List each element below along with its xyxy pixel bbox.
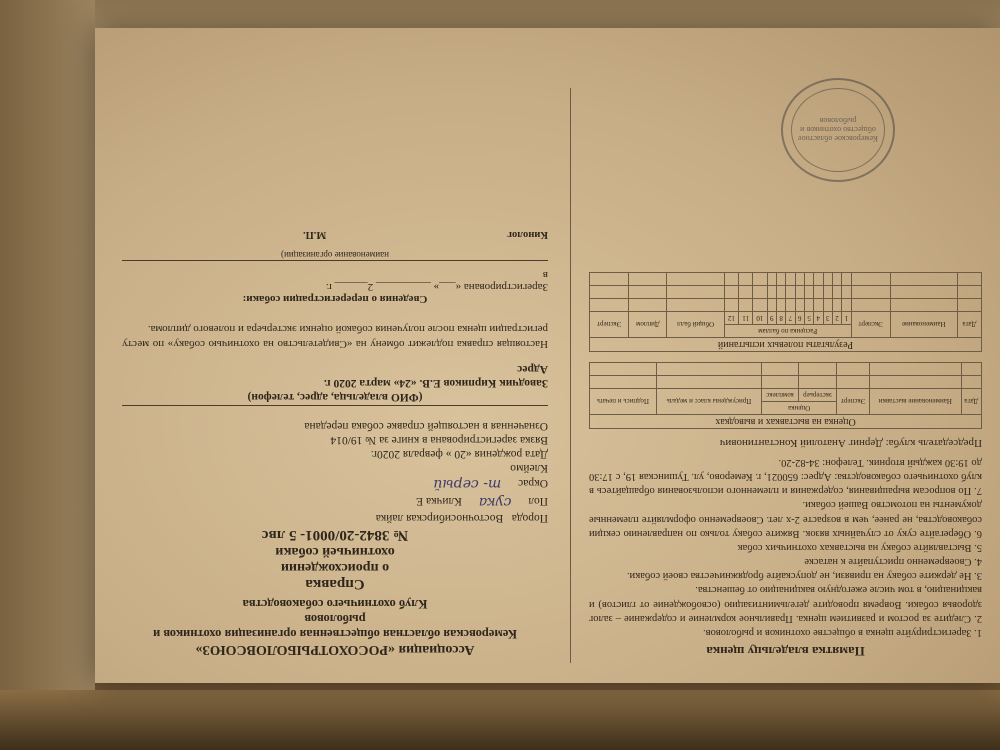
memo-item: 7. По вопросам выращивания, содержания и… <box>589 455 982 498</box>
brand-field: Клеймо <box>122 462 548 474</box>
exchange-notice: Настоящая справка подлежит обмену на «Св… <box>122 321 548 351</box>
col-header: Диплом <box>629 311 667 337</box>
score-col-header: 9 <box>767 311 776 324</box>
col-header: Наименование <box>890 311 957 337</box>
round-stamp: Кемеровское областное общество охотников… <box>781 78 895 182</box>
club-chair: Председатель клуба: Дерниг Анатолий Конс… <box>589 437 982 449</box>
score-col-header: 4 <box>814 311 823 324</box>
seal-label: М.П. <box>303 229 326 240</box>
breed-value: Восточносибирская лайка <box>376 512 503 524</box>
club-name: Клуб охотничьего собаководства <box>122 596 548 611</box>
certificate-number: № 3842-20/0001- 5 лвс <box>122 526 548 543</box>
sub-header: комплекс <box>762 388 799 401</box>
col-header: Общий балл <box>667 311 724 337</box>
reregistration-in: в <box>122 269 548 281</box>
col-header: Подпись и печать <box>590 388 657 414</box>
memo-item: 5. Выставляйте собаку на выставках охотн… <box>589 540 982 554</box>
table-row <box>590 298 982 311</box>
association-name: Ассоциация «РОСОХОТРЫБОЛОВСОЮЗ» <box>122 641 548 657</box>
score-col-header: 2 <box>832 311 841 324</box>
sex-name-field: Пол сука Кличка Е <box>122 494 548 510</box>
score-col-header: 12 <box>724 311 738 324</box>
memo-item: 2. Следите за ростом и развитием щенка. … <box>589 582 982 625</box>
sub-header: экстерьер <box>798 388 836 401</box>
score-col-header: 6 <box>795 311 804 324</box>
reregistration-line: Зарегистрирована «___» __________ 2_____… <box>122 281 548 293</box>
color-value: т- серый <box>433 476 501 492</box>
col-header: Наименование выставки <box>869 388 961 414</box>
table-row <box>590 272 982 285</box>
table-row <box>590 285 982 298</box>
reregistration-title: Сведения о перерегистрации собаки: <box>122 293 548 305</box>
certificate-subtitle: о происхождении <box>122 559 548 575</box>
background-bottom <box>0 690 1000 750</box>
table-row <box>590 375 982 388</box>
field-table: Результаты полевых испытаний Дата Наимен… <box>589 272 982 352</box>
breed-field: Порода Восточносибирская лайка <box>122 512 548 524</box>
field-label: Порода <box>512 512 548 524</box>
score-col-header: 3 <box>823 311 832 324</box>
score-col-header: 7 <box>786 311 795 324</box>
document-sheet: Памятка владельцу щенка 1. Зарегистрируй… <box>95 28 1000 683</box>
col-header: Оценка <box>762 401 837 414</box>
score-col-header: 5 <box>804 311 813 324</box>
field-label: Окрас <box>518 477 548 489</box>
memo-item: 6. Оберегайте суку от случайных вязок. В… <box>589 497 982 540</box>
background-left <box>0 0 95 750</box>
col-header: Дата <box>957 311 981 337</box>
cynologist-label: Кинолог <box>507 229 548 240</box>
table-row <box>590 362 982 375</box>
col-header: Эксперт <box>590 311 629 337</box>
certificate-title: Справка <box>122 575 548 592</box>
signature-row: Кинолог М.П. <box>122 229 548 240</box>
score-col-header: 8 <box>776 311 785 324</box>
field-label: Кличка <box>426 495 462 507</box>
memo-item: 3. Не держите собаку на привязи, не допу… <box>589 568 982 582</box>
name-value: Е <box>416 495 423 507</box>
region-org-name: Кемеровская областная общественная орган… <box>122 611 548 641</box>
score-col-header: 11 <box>739 311 753 324</box>
birth-date: Дата рождения «20 » февраля 2020г. <box>122 448 548 460</box>
color-field: Окрас т- серый <box>122 476 548 492</box>
field-table-caption: Результаты полевых испытаний <box>590 337 982 351</box>
stamp-text: Кемеровское областное общество охотников… <box>783 117 893 144</box>
memo-item: 1. Зарегистрируйте щенка в обществе охот… <box>589 625 982 639</box>
mating-record: Вязка зарегистрирована в книге за № 19/0… <box>122 434 548 446</box>
col-header: Эксперт <box>837 388 870 414</box>
shows-table: Оценка на выставках и выводках Дата Наим… <box>589 362 982 429</box>
memo-column: Памятка владельцу щенка 1. Зарегистрируй… <box>570 88 1000 663</box>
address-label: Адрес <box>122 363 548 375</box>
col-header: Эксперт <box>851 311 890 337</box>
col-header: Присуждены класс и медаль <box>656 388 762 414</box>
memo-item: 4. Своевременно приступайте к натаске <box>589 554 982 568</box>
score-col-header: 10 <box>753 311 767 324</box>
transfer-line: Означенная в настоящей справке собака пе… <box>122 420 548 432</box>
reregistration-section: Сведения о перерегистрации собаки: Зарег… <box>122 229 548 305</box>
sex-value: сука <box>479 494 512 510</box>
memo-title: Памятка владельцу щенка <box>589 643 982 659</box>
org-caption: наименование организации) <box>122 250 548 261</box>
field-label: Пол <box>528 495 548 507</box>
col-header: Дата <box>961 388 981 414</box>
certificate-column: Ассоциация «РОСОХОТРЫБОЛОВСОЮЗ» Кемеровс… <box>110 88 560 663</box>
shows-table-caption: Оценка на выставках и выводках <box>590 414 982 428</box>
score-col-header: 1 <box>842 311 851 324</box>
col-header: Расценка по баллам <box>724 324 851 337</box>
owner-label: (ФИО владельца, адрес, телефон) <box>122 391 548 406</box>
certificate-subtitle: охотничьей собаки <box>122 543 548 559</box>
memo-list: 1. Зарегистрируйте щенка в обществе охот… <box>589 455 982 639</box>
breeder-line: Заводчик Кирпиков Е.В. «24» марта 2020 г… <box>122 377 548 389</box>
